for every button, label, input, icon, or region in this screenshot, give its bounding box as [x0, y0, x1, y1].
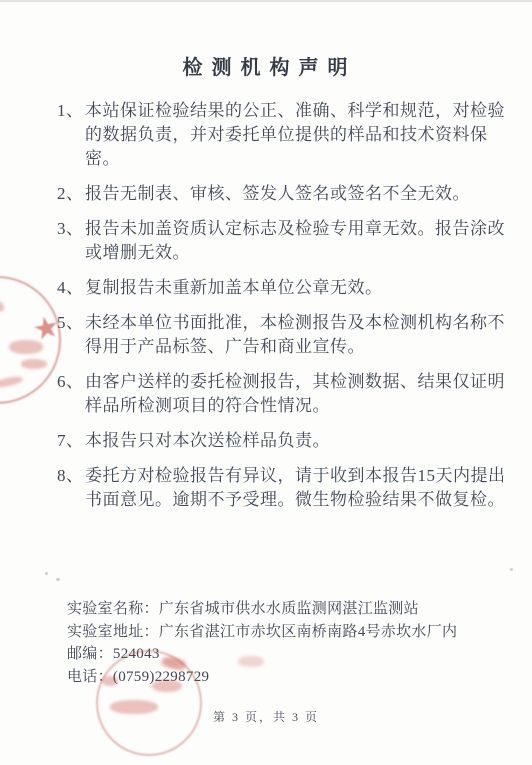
statement-list: 1、 本站保证检验结果的公正、准确、科学和规范，对检验 的数据负责，并对委托单位…	[57, 99, 520, 523]
statement-text: 复制报告未重新加盖本单位公章无效。	[85, 276, 520, 300]
lab-phone-line: 电话：(0759)2298729	[67, 666, 512, 689]
statement-text: 未经本单位书面批准，本检测报告及本检测机构名称不 得用于产品标签、广告和商业宣传…	[85, 311, 520, 359]
statement-item-4: 4、 复制报告未重新加盖本单位公章无效。	[57, 276, 520, 300]
statement-number: 5、	[57, 311, 85, 359]
scan-speck	[510, 568, 513, 571]
statement-text: 本报告只对本次送检样品负责。	[85, 429, 520, 453]
statement-number: 2、	[57, 182, 85, 206]
statement-text: 委托方对检验报告有异议，请于收到本报告15天内提出 书面意见。逾期不予受理。微生…	[85, 464, 520, 512]
statement-item-3: 3、 报告未加盖资质认定标志及检验专用章无效。报告涂改 或增删无效。	[57, 217, 520, 265]
statement-item-8: 8、 委托方对检验报告有异议，请于收到本报告15天内提出 书面意见。逾期不予受理…	[57, 464, 520, 512]
lab-address-line: 实验室地址：广东省湛江市赤坎区南桥南路4号赤坎水厂内	[67, 621, 512, 644]
statement-item-5: 5、 未经本单位书面批准，本检测报告及本检测机构名称不 得用于产品标签、广告和商…	[57, 311, 520, 359]
seal-ink-smudge	[238, 656, 264, 667]
statement-number: 1、	[57, 99, 85, 171]
statement-number: 3、	[57, 217, 85, 265]
scan-speck	[56, 578, 60, 581]
document-page: 检 测 机 构 声 明 1、 本站保证检验结果的公正、准确、科学和规范，对检验 …	[0, 0, 532, 765]
seal-ink-smudge	[9, 340, 43, 354]
seal-ink-smudge	[160, 658, 186, 668]
lab-postcode-line: 邮编：524043	[67, 643, 512, 666]
page-number: 第 3 页，共 3 页	[0, 708, 532, 725]
statement-item-1: 1、 本站保证检验结果的公正、准确、科学和规范，对检验 的数据负责，并对委托单位…	[57, 99, 520, 171]
lab-name-line: 实验室名称：广东省城市供水水质监测网湛江监测站	[67, 598, 512, 621]
statement-item-6: 6、 由客户送样的委托检测报告，其检测数据、结果仅证明 样品所检测项目的符合性情…	[57, 370, 520, 418]
statement-item-7: 7、 本报告只对本次送检样品负责。	[57, 429, 520, 453]
statement-text: 本站保证检验结果的公正、准确、科学和规范，对检验 的数据负责，并对委托单位提供的…	[85, 99, 520, 171]
statement-text: 由客户送样的委托检测报告，其检测数据、结果仅证明 样品所检测项目的符合性情况。	[85, 370, 520, 418]
scan-speck	[45, 572, 48, 575]
statement-number: 8、	[57, 464, 85, 512]
statement-number: 6、	[57, 370, 85, 418]
scan-edge-artifact	[0, 0, 532, 2]
statement-number: 7、	[57, 429, 85, 453]
statement-text: 报告未加盖资质认定标志及检验专用章无效。报告涂改 或增删无效。	[85, 217, 520, 265]
seal-ink-smudge	[0, 375, 24, 389]
statement-text: 报告无制表、审核、签发人签名或签名不全无效。	[85, 182, 520, 206]
official-seal-partial-left: ★	[0, 276, 61, 404]
page-title: 检 测 机 构 声 明	[0, 51, 532, 80]
lab-info-block: 实验室名称：广东省城市供水水质监测网湛江监测站 实验室地址：广东省湛江市赤坎区南…	[67, 598, 512, 688]
statement-item-2: 2、 报告无制表、审核、签发人签名或签名不全无效。	[57, 182, 520, 206]
statement-number: 4、	[57, 276, 85, 300]
seal-ink-smudge	[21, 359, 47, 369]
seal-ink-smudge	[0, 296, 6, 314]
